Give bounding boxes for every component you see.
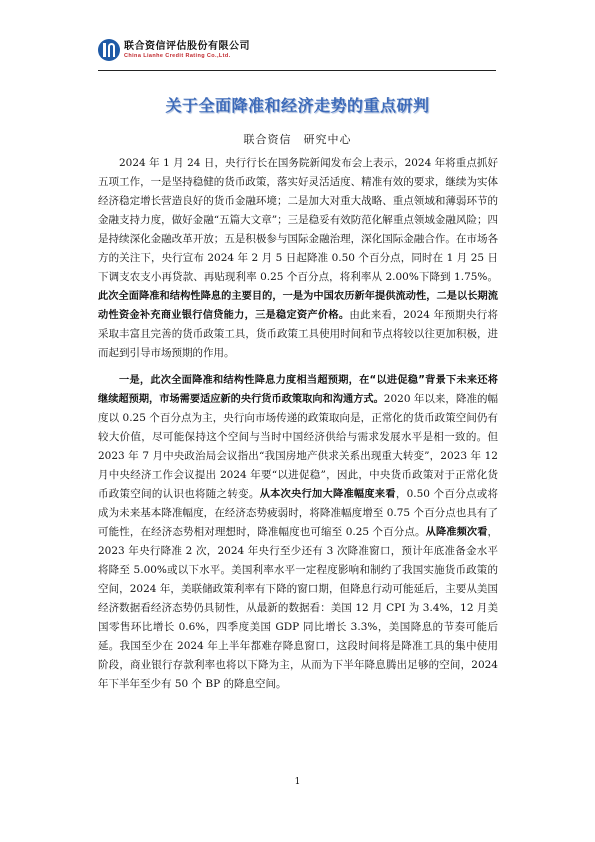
lianhe-logo-icon — [98, 39, 120, 61]
text-segment: 2024 年 1 月 24 日，央行行长在国务院新闻发布会上表示，2024 年将… — [98, 157, 498, 283]
document-byline: 联合资信研究中心 — [0, 131, 595, 147]
company-name-en: China Lianhe Credit Rating Co.,Ltd. — [124, 52, 250, 60]
author-org: 联合资信 — [244, 133, 292, 146]
text-segment: ，2023 年央行降准 2 次，2024 年央行至少还有 3 次降准窗口，预计年… — [98, 526, 498, 690]
document-body: 2024 年 1 月 24 日，央行行长在国务院新闻发布会上表示，2024 年将… — [98, 154, 498, 702]
company-name: 联合资信评估股份有限公司 China Lianhe Credit Rating … — [124, 41, 250, 60]
author-dept: 研究中心 — [304, 133, 352, 146]
text-segment: 2020 年以来，降准的幅度以 0.25 个百分点为主，央行向市场传递的政策取向… — [98, 393, 498, 500]
document-title: 关于全面降准和经济走势的重点研判 — [0, 93, 595, 116]
header-divider — [98, 70, 496, 71]
emphasis-segment: 从降准频次看 — [426, 527, 488, 538]
emphasis-segment: 从本次央行加大降准幅度来看 — [260, 489, 396, 500]
paragraph-2: 一是，此次全面降准和结构性降息力度相当超预期，在“以进促稳”背景下未来还将继续超… — [98, 371, 498, 694]
paragraph-1: 2024 年 1 月 24 日，央行行长在国务院新闻发布会上表示，2024 年将… — [98, 154, 498, 363]
document-header: 联合资信评估股份有限公司 China Lianhe Credit Rating … — [98, 39, 250, 61]
company-name-cn: 联合资信评估股份有限公司 — [124, 41, 250, 52]
page-number: 1 — [0, 777, 595, 787]
